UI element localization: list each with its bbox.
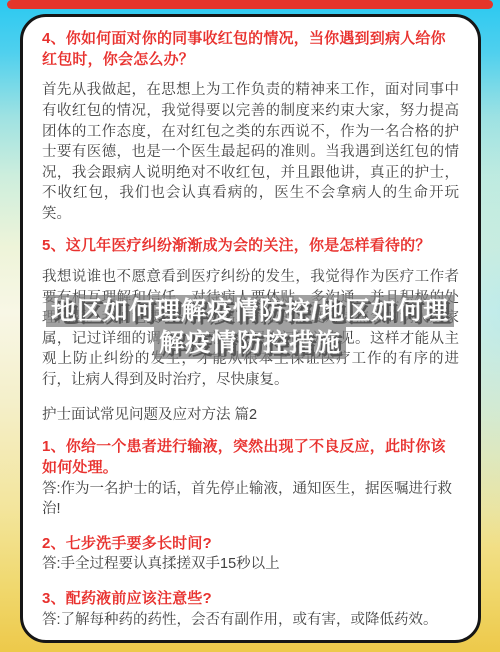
answer-line-1: 答:作为一名护士的话，首先停止输液，通知医生，据医嘱进行救治! — [42, 479, 459, 520]
series-title: 护士面试常见问题及应对方法 篇2 — [42, 405, 459, 426]
answer-paragraph-4: 首先从我做起，在思想上为工作负责的精神来工作，面对同事中有收红包的情况，我觉得要… — [42, 80, 459, 224]
answer-paragraph-5: 我想说谁也不愿意看到医疗纠纷的发生，我觉得作为医疗工作者要有相互理解和信任，对待… — [42, 267, 459, 390]
question-heading-4: 4、你如何面对你的同事收红包的情况，当你遇到到病人给你红包时，你会怎么办？ — [42, 29, 459, 70]
answer-line-3: 答:了解每种药的药性，会否有副作用，或有害，或降低药效。 — [42, 610, 459, 631]
top-red-banner — [7, 0, 493, 9]
page-background: 4、你如何面对你的同事收红包的情况，当你遇到到病人给你红包时，你会怎么办？ 首先… — [0, 0, 500, 652]
question-heading-2: 2、七步洗手要多长时间? — [42, 534, 459, 555]
question-heading-1: 1、你给一个患者进行输液，突然出现了不良反应，此时你该如何处理。 — [42, 437, 459, 478]
answer-line-2: 答:手全过程要认真揉搓双手15秒以上 — [42, 554, 459, 575]
qa-card: 4、你如何面对你的同事收红包的情况，当你遇到到病人给你红包时，你会怎么办？ 首先… — [20, 14, 481, 643]
question-heading-3: 3、配药液前应该注意些? — [42, 589, 459, 610]
question-heading-5: 5、这几年医疗纠纷渐渐成为会的关注，你是怎样看待的？ — [42, 236, 459, 257]
